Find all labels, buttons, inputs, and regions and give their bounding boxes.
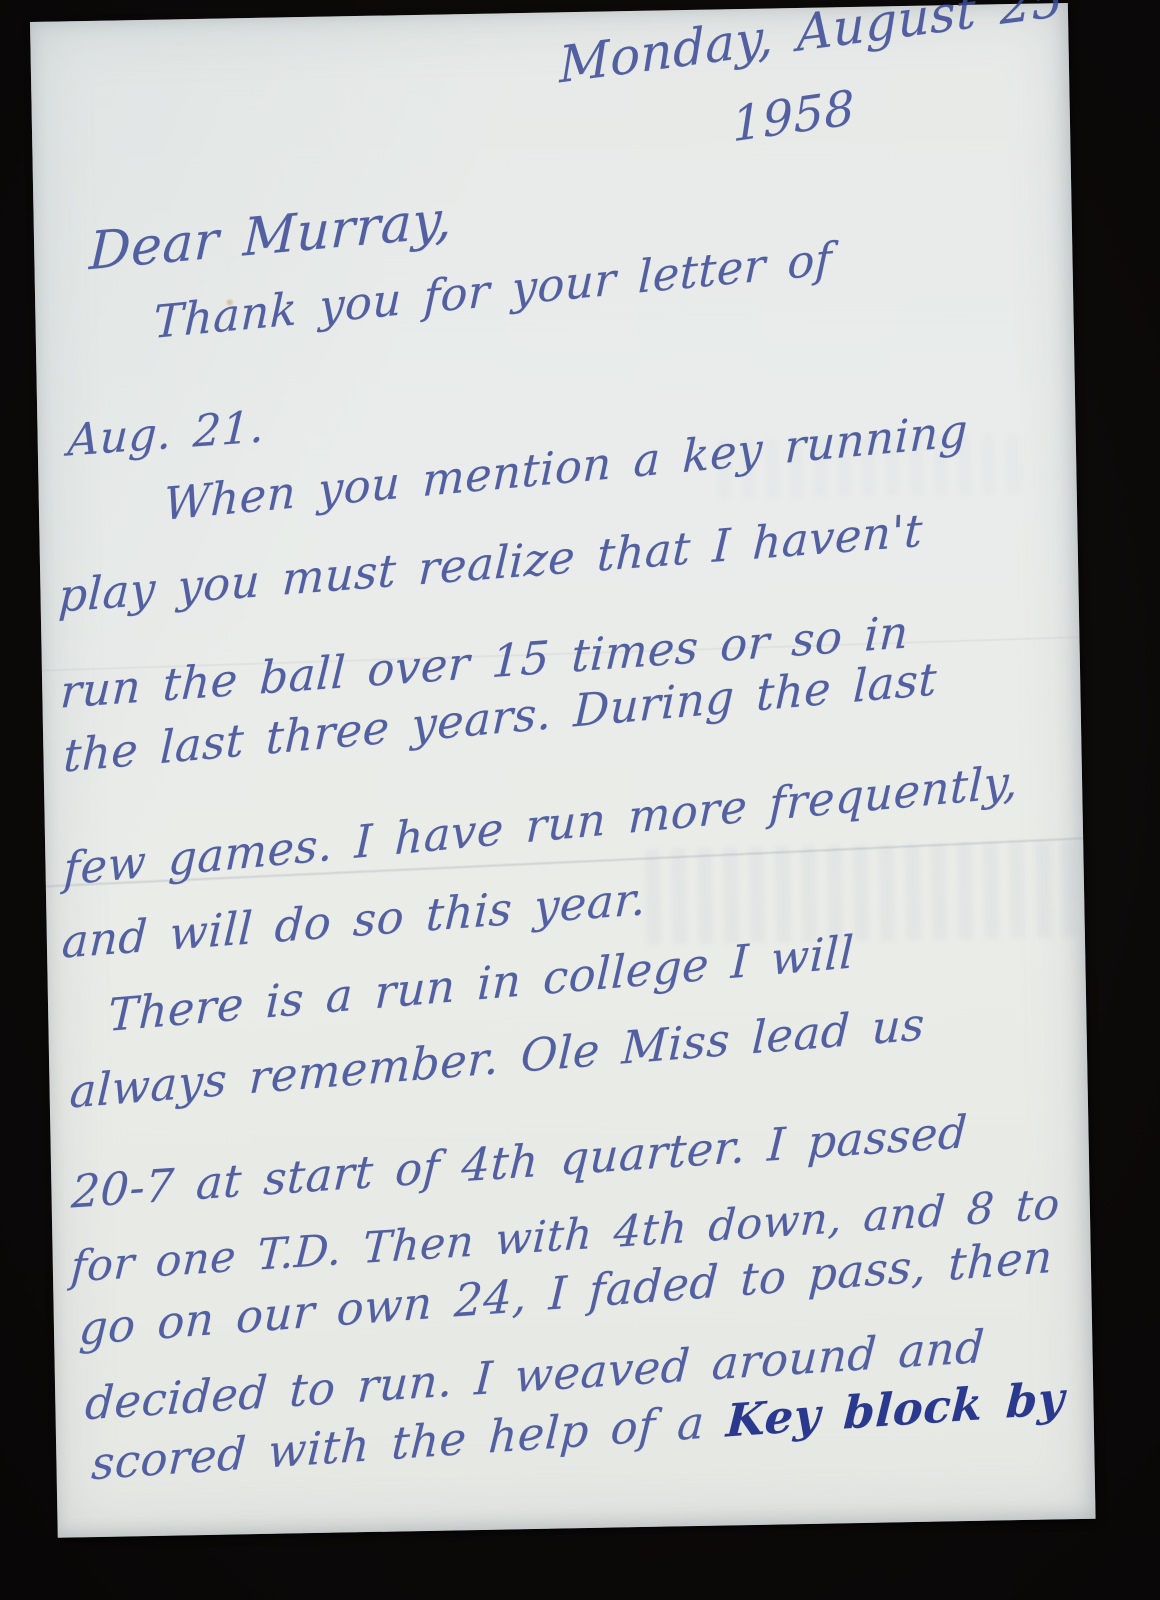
- handwritten-date-line-1: Monday, August 25: [558, 0, 1064, 90]
- reverse-side-show-through: [645, 841, 1087, 945]
- letter-paper: Monday, August 25 1958 Dear Murray, Than…: [30, 3, 1096, 1538]
- letter-photo-background: Monday, August 25 1958 Dear Murray, Than…: [0, 0, 1160, 1600]
- handwritten-salutation: Dear Murray,: [88, 194, 453, 278]
- handwritten-date-line-2: 1958: [731, 84, 856, 150]
- handwritten-line: Aug. 21.: [67, 405, 266, 463]
